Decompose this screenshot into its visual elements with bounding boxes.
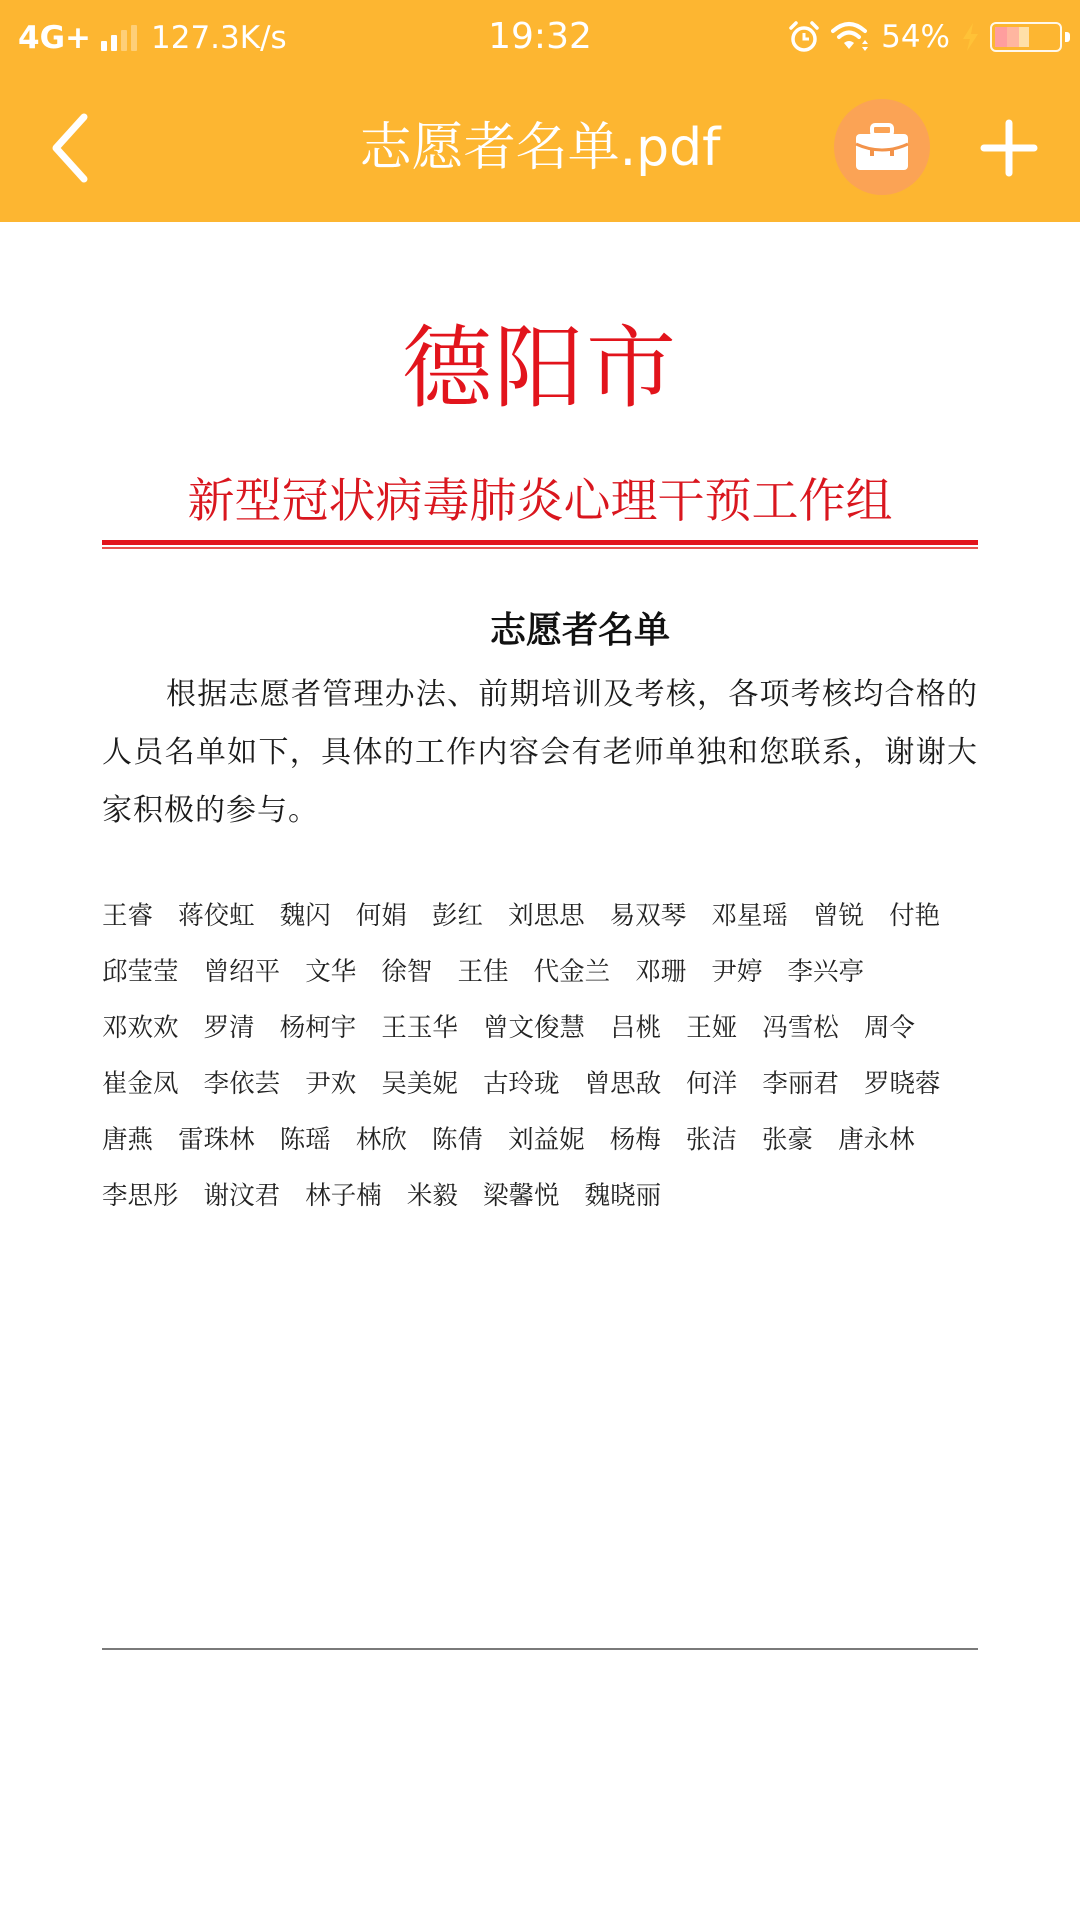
volunteer-name: 唐燕 [102,1125,153,1155]
battery-icon [990,22,1062,52]
volunteer-name: 徐智 [381,957,432,987]
volunteer-name: 罗清 [204,1013,255,1043]
alarm-clock-icon [787,20,821,54]
volunteer-name: 梁馨悦 [483,1181,560,1211]
volunteer-name: 米毅 [407,1181,458,1211]
status-right: 54% [787,16,1062,58]
volunteer-name: 曾绍平 [204,957,281,987]
plus-icon [980,119,1038,177]
pdf-page[interactable]: 德阳市 新型冠状病毒肺炎心理干预工作组 志愿者名单 根据志愿者管理办法、前期培训… [0,222,1080,1920]
header-divider-thick [102,540,978,545]
document-heading: 志愿者名单 [0,606,1080,654]
volunteer-name: 李丽君 [762,1069,839,1099]
volunteer-name: 刘思思 [508,901,585,931]
volunteer-name: 张豪 [762,1125,813,1155]
toolbox-button[interactable] [834,99,930,195]
volunteer-name: 王娅 [686,1013,737,1043]
volunteer-name: 邓欢欢 [102,1013,179,1043]
volunteer-name: 杨梅 [610,1125,661,1155]
volunteer-name: 文华 [305,957,356,987]
back-button[interactable] [40,105,100,191]
volunteer-name: 蒋佼虹 [178,901,255,931]
navigation-bar: 志愿者名单.pdf [0,75,1080,222]
volunteer-name: 何洋 [686,1069,737,1099]
volunteer-name: 冯雪松 [762,1013,839,1043]
volunteer-name: 邓星瑶 [711,901,788,931]
volunteer-name: 吴美妮 [381,1069,458,1099]
volunteer-name-list: 王睿 蒋佼虹 魏闪 何娟 彭红 刘思思 易双琴 邓星瑶 曾锐 付艳 邱莹莹 曾绍… [102,888,978,1224]
volunteer-name: 吕桃 [610,1013,661,1043]
volunteer-name: 尹婷 [711,957,762,987]
volunteer-name: 杨柯宇 [280,1013,357,1043]
volunteer-name: 何娟 [356,901,407,931]
volunteer-name: 林欣 [356,1125,407,1155]
app-header: 4G+ 127.3K/s 19:32 54% [0,0,1080,222]
volunteer-name: 曾思敌 [585,1069,662,1099]
header-divider-thin [102,547,978,549]
briefcase-icon [854,122,910,172]
volunteer-name: 魏闪 [280,901,331,931]
wifi-icon [831,20,871,54]
volunteer-name: 崔金凤 [102,1069,179,1099]
volunteer-name: 古玲珑 [483,1069,560,1099]
volunteer-name: 李兴亭 [788,957,865,987]
status-bar: 4G+ 127.3K/s 19:32 54% [0,0,1080,75]
volunteer-name: 易双琴 [610,901,687,931]
volunteer-name: 李依芸 [204,1069,281,1099]
battery-percent: 54% [881,19,950,55]
volunteer-name: 邱莹莹 [102,957,179,987]
volunteer-name: 李思彤 [102,1181,179,1211]
volunteer-name: 周令 [864,1013,915,1043]
volunteer-name: 张洁 [686,1125,737,1155]
volunteer-name: 彭红 [432,901,483,931]
volunteer-name: 刘益妮 [508,1125,585,1155]
volunteer-name: 代金兰 [534,957,611,987]
volunteer-name: 陈瑶 [280,1125,331,1155]
footer-divider [102,1648,978,1650]
volunteer-name: 曾锐 [813,901,864,931]
volunteer-name: 王玉华 [381,1013,458,1043]
chevron-left-icon [48,113,92,183]
lightning-bolt-icon [960,22,980,52]
volunteer-name: 尹欢 [305,1069,356,1099]
add-button[interactable] [976,105,1042,191]
volunteer-name: 雷珠林 [178,1125,255,1155]
document-org-name: 德阳市 [0,314,1080,424]
volunteer-name: 魏晓丽 [585,1181,662,1211]
document-group-name: 新型冠状病毒肺炎心理干预工作组 [0,472,1080,532]
volunteer-name: 王佳 [458,957,509,987]
volunteer-name: 林子楠 [305,1181,382,1211]
volunteer-name: 谢汶君 [204,1181,281,1211]
volunteer-name: 陈倩 [432,1125,483,1155]
volunteer-name: 王睿 [102,901,153,931]
volunteer-name: 付艳 [889,901,940,931]
volunteer-name: 罗晓蓉 [864,1069,941,1099]
volunteer-name: 邓珊 [635,957,686,987]
volunteer-name: 曾文俊慧 [483,1013,585,1043]
document-body-paragraph: 根据志愿者管理办法、前期培训及考核，各项考核均合格的人员名单如下，具体的工作内容… [102,666,978,840]
volunteer-name: 唐永林 [838,1125,915,1155]
